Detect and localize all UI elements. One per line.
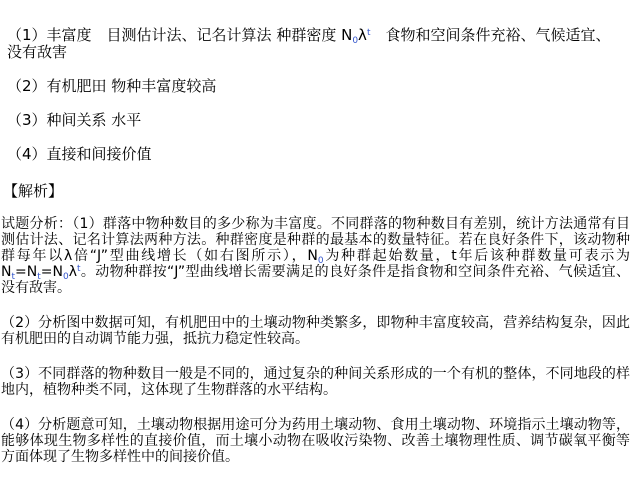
text-run: λ bbox=[358, 26, 367, 44]
text-run: λ bbox=[69, 264, 77, 280]
answer-line-4: （4）直接和间接价值 bbox=[7, 146, 620, 163]
analysis-paragraph-3: （3）不同群落的物种数目一般是不同的，通过复杂的种间关系形成的一个有机的整体，不… bbox=[1, 366, 630, 398]
text-run: =N bbox=[41, 264, 63, 280]
answer-line-2: （2）有机肥田 物种丰富度较高 bbox=[7, 78, 620, 95]
text-run: （3）种间关系 水平 bbox=[7, 111, 141, 129]
analysis-section: 试题分析：（1）群落中物种数目的多少称为丰富度。不同群落的物种数目有差别，统计方… bbox=[0, 216, 630, 465]
text-run: （2）有机肥田 物种丰富度较高 bbox=[7, 77, 216, 95]
answer-line-3: （3）种间关系 水平 bbox=[7, 112, 620, 129]
analysis-paragraph-4: （4）分析题意可知，土壤动物根据用途可分为药用土壤动物、食用土壤动物、环境指示土… bbox=[1, 417, 630, 465]
analysis-paragraph-2: （2）分析图中数据可知，有机肥田中的土壤动物种类繁多，即物种丰富度较高，营养结构… bbox=[1, 315, 630, 347]
text-run: （3）不同群落的物种数目一般是不同的，通过复杂的种间关系形成的一个有机的整体，不… bbox=[1, 366, 630, 398]
text-run: （2）分析图中数据可知，有机肥田中的土壤动物种类繁多，即物种丰富度较高，营养结构… bbox=[1, 315, 630, 347]
exam-answer-document: （1）丰富度 目测估计法、记名计算法 种群密度 N0λt 食物和空间条件充裕、气… bbox=[0, 0, 630, 484]
analysis-paragraph-1: 试题分析：（1）群落中物种数目的多少称为丰富度。不同群落的物种数目有差别，统计方… bbox=[1, 216, 630, 296]
text-run: （1）丰富度 目测估计法、记名计算法 种群密度 N bbox=[7, 26, 352, 44]
answer-line-1: （1）丰富度 目测估计法、记名计算法 种群密度 N0λt 食物和空间条件充裕、气… bbox=[7, 27, 620, 61]
text-run: （4）直接和间接价值 bbox=[7, 145, 152, 163]
text-run: =N bbox=[15, 264, 37, 280]
text-run: （4）分析题意可知，土壤动物根据用途可分为药用土壤动物、食用土壤动物、环境指示土… bbox=[1, 417, 630, 465]
text-run: 。动物种群按“J”型曲线增长需要满足的良好条件是指食物和空间条件充裕、气候适宜、… bbox=[1, 264, 630, 296]
answers-section: （1）丰富度 目测估计法、记名计算法 种群密度 N0λt 食物和空间条件充裕、气… bbox=[0, 0, 630, 163]
analysis-heading: 【解析】 bbox=[0, 182, 630, 200]
